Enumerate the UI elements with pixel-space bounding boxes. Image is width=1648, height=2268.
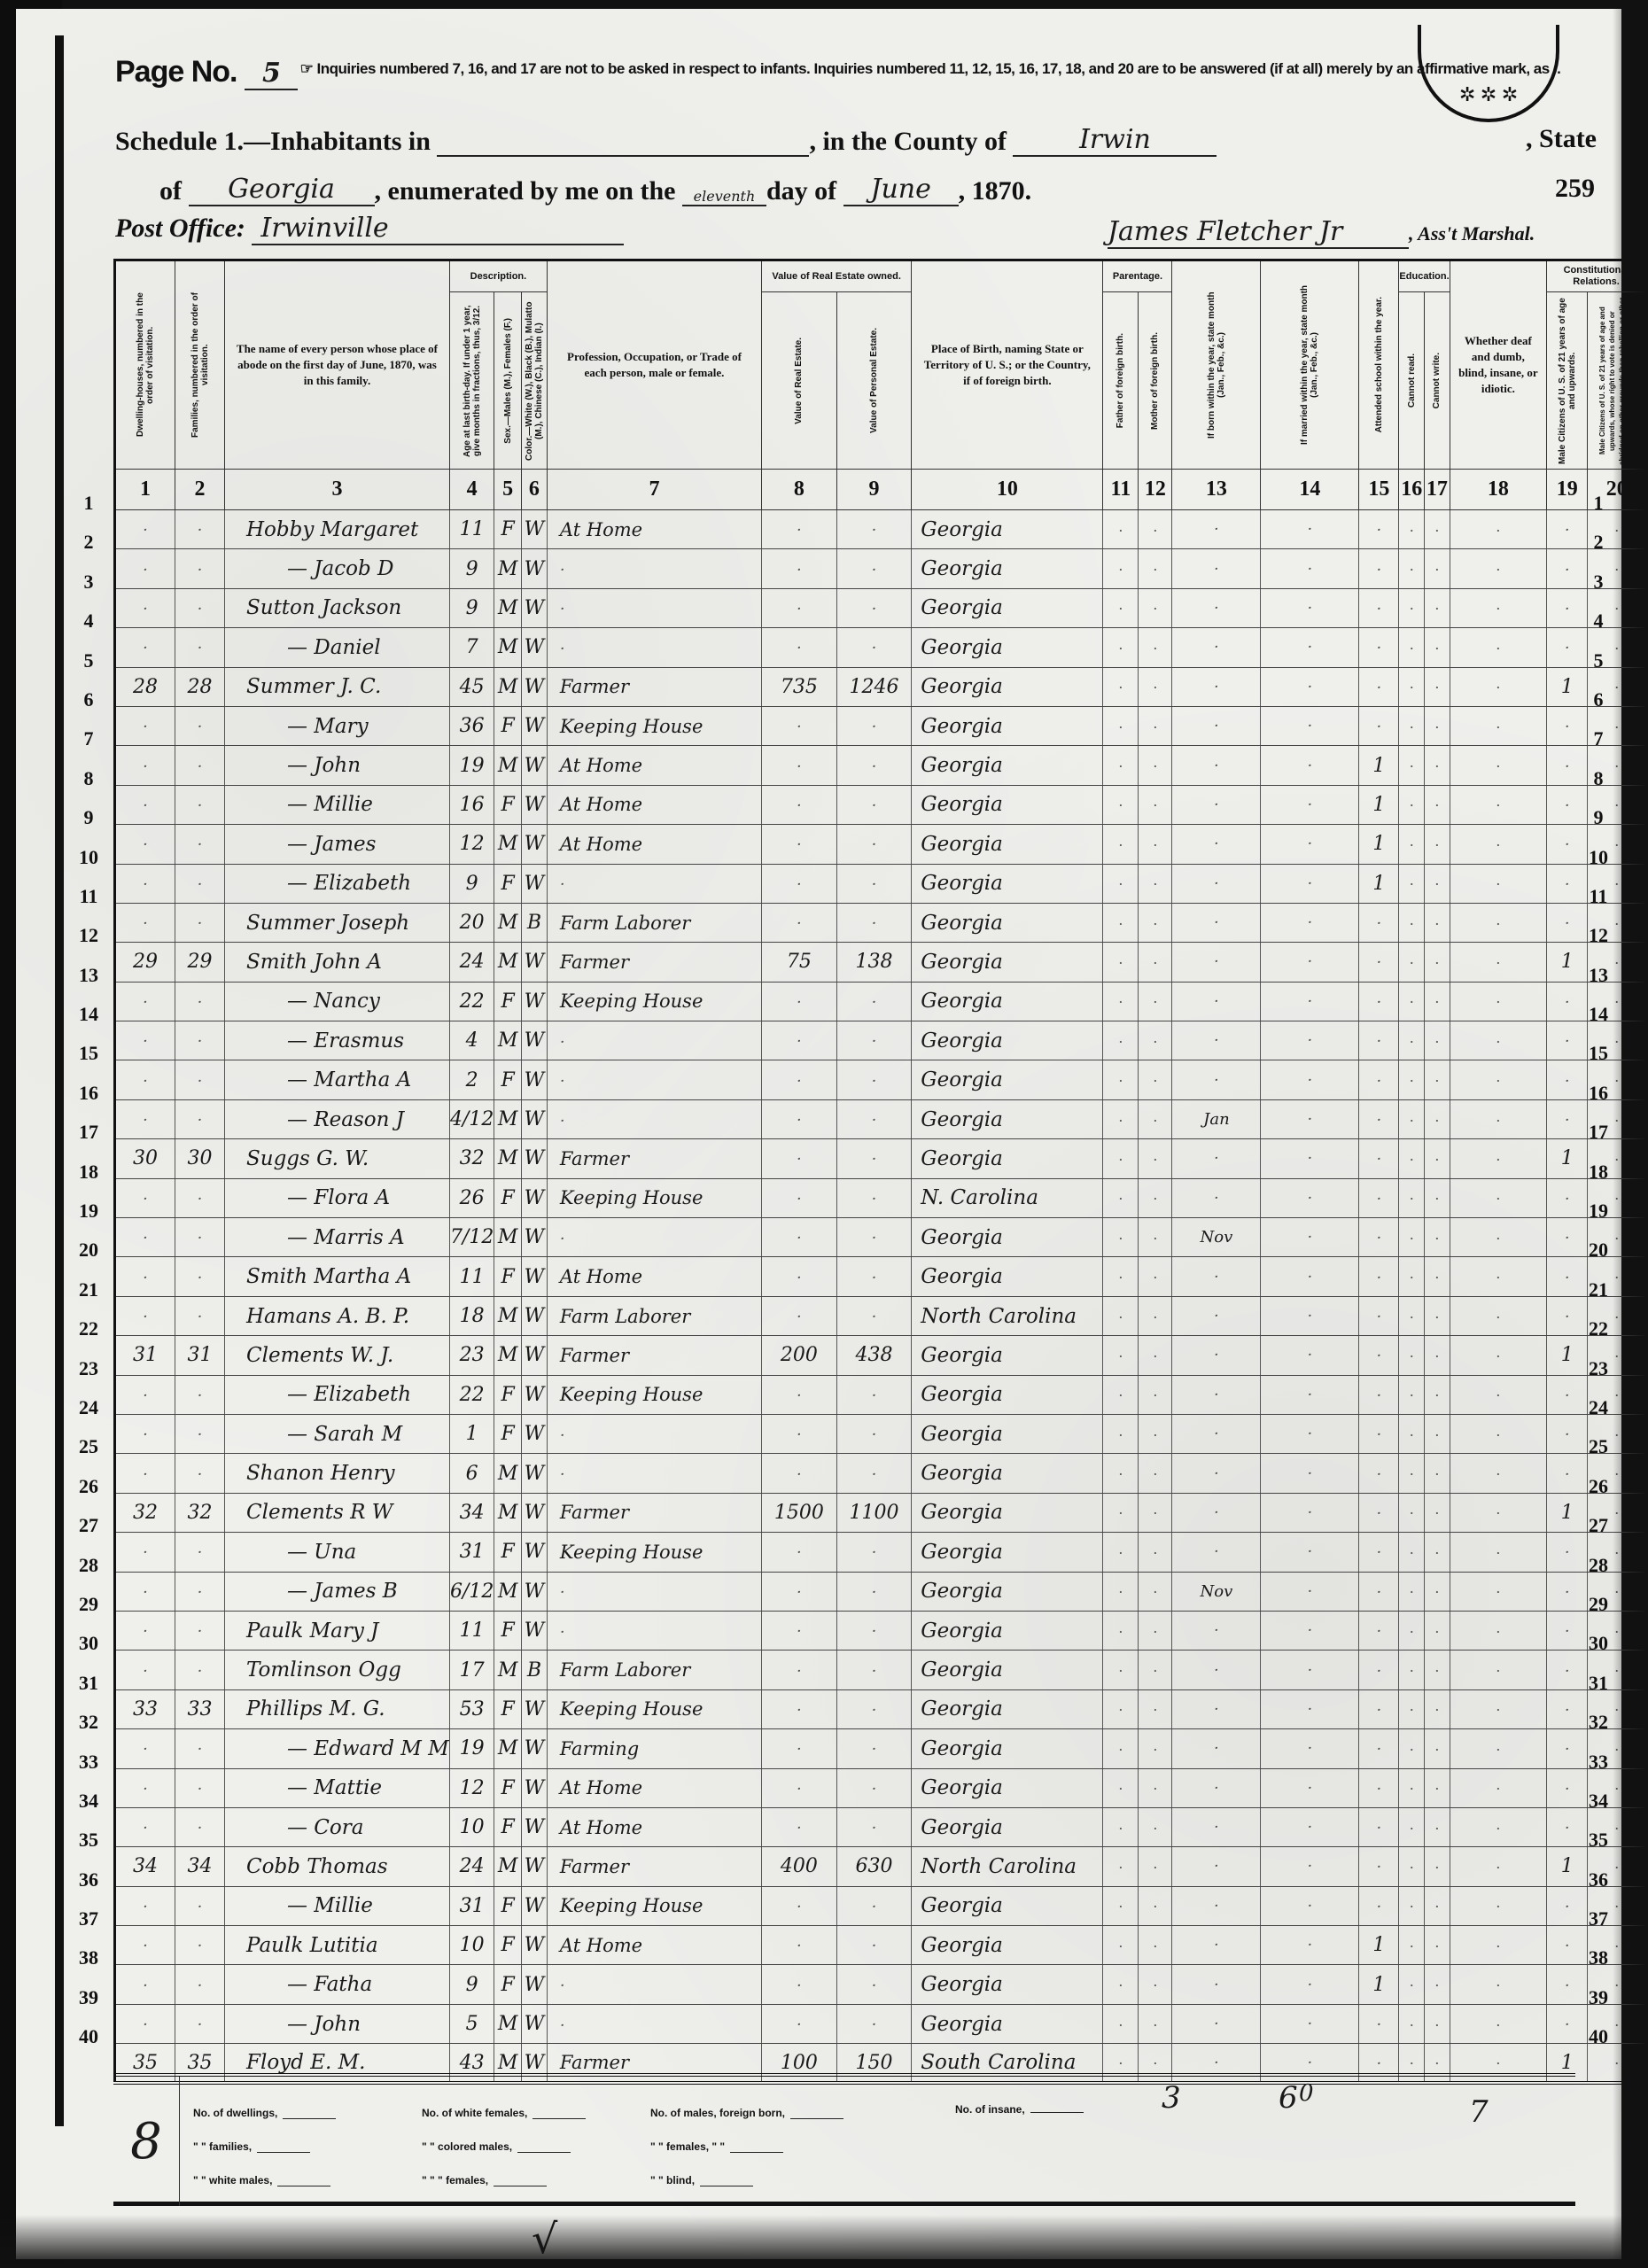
cannot-write: · [1425, 1178, 1450, 1217]
cannot-read: · [1399, 982, 1425, 1021]
color: W [521, 1493, 547, 1532]
attended-school: · [1359, 1375, 1399, 1414]
attended-school: · [1359, 1454, 1399, 1493]
father-foreign: · [1103, 1689, 1139, 1728]
person-name: — Daniel [225, 628, 450, 667]
cannot-read: · [1399, 1375, 1425, 1414]
disability: · [1450, 1218, 1546, 1257]
color: W [521, 1296, 547, 1335]
disability: · [1450, 746, 1546, 785]
sex: M [494, 1454, 522, 1493]
footer-tally-col13: 3 [1162, 2080, 1181, 2116]
table-row: ··— Nancy22FWKeeping House··Georgia·····… [115, 982, 1647, 1021]
column-number: 8 [762, 470, 837, 510]
person-name: Summer J. C. [225, 667, 450, 706]
line-number: 11 [71, 877, 106, 916]
sex: M [494, 549, 522, 588]
real-estate-value: · [762, 1257, 837, 1296]
table-row: ··Tomlinson Ogg17MBFarm Laborer··Georgia… [115, 1651, 1647, 1689]
column-number: 4 [449, 470, 494, 510]
birthplace: Georgia [912, 1651, 1103, 1689]
family-number: · [175, 1454, 225, 1493]
month-field: June [843, 174, 959, 206]
left-binding-rule [55, 35, 64, 2126]
person-name: Clements R W [225, 1493, 450, 1532]
attended-school: · [1359, 943, 1399, 982]
person-name: Cobb Thomas [225, 1847, 450, 1886]
real-estate-value: · [762, 785, 837, 824]
mother-foreign: · [1139, 1807, 1172, 1846]
occupation: Keeping House [547, 706, 761, 745]
table-row: ··— Millie31FWKeeping House··Georgia····… [115, 1886, 1647, 1925]
line-number: 32 [1581, 1703, 1616, 1742]
personal-estate-value: 138 [836, 943, 912, 982]
color: W [521, 667, 547, 706]
occupation: Farmer [547, 1336, 761, 1375]
table-row: ··Smith Martha A11FWAt Home··Georgia····… [115, 1257, 1647, 1296]
father-foreign: · [1103, 1375, 1139, 1414]
line-number: 39 [1581, 1978, 1616, 2017]
cannot-write: · [1425, 1257, 1450, 1296]
age: 11 [449, 510, 494, 549]
value-group-header: Value of Real Estate owned. [762, 260, 912, 292]
county-label: , in the County of [809, 127, 1007, 156]
line-number: 19 [71, 1192, 106, 1231]
birthplace: Georgia [912, 1099, 1103, 1138]
person-name: Shanon Henry [225, 1454, 450, 1493]
dwelling-number: · [115, 1218, 175, 1257]
attended-school: · [1359, 1414, 1399, 1453]
family-number: · [175, 864, 225, 903]
cannot-write: · [1425, 1414, 1450, 1453]
family-number: · [175, 1414, 225, 1453]
person-name: — Elizabeth [225, 1375, 450, 1414]
line-number: 9 [1581, 798, 1616, 837]
cannot-read: · [1399, 1493, 1425, 1532]
cannot-read: · [1399, 1807, 1425, 1846]
color: W [521, 1021, 547, 1060]
mother-foreign: · [1139, 982, 1172, 1021]
line-number: 31 [1581, 1664, 1616, 1703]
cannot-read: · [1399, 1218, 1425, 1257]
sex: F [494, 1257, 522, 1296]
dwelling-number: · [115, 1375, 175, 1414]
col19-header: Male Citizens of U. S. of 21 years of ag… [1547, 292, 1588, 470]
dwelling-number: · [115, 785, 175, 824]
attended-school: · [1359, 1611, 1399, 1650]
married-month: · [1261, 1768, 1359, 1807]
personal-estate-value: · [836, 1689, 912, 1728]
cannot-read: · [1399, 628, 1425, 667]
disability: · [1450, 1178, 1546, 1217]
disability: · [1450, 1965, 1546, 2004]
age: 5 [449, 2004, 494, 2043]
father-foreign: · [1103, 1178, 1139, 1217]
father-foreign: · [1103, 1493, 1139, 1532]
line-number: 7 [1581, 719, 1616, 758]
age: 23 [449, 1336, 494, 1375]
sex: M [494, 1021, 522, 1060]
age: 9 [449, 549, 494, 588]
mother-foreign: · [1139, 1689, 1172, 1728]
age: 16 [449, 785, 494, 824]
summary-field: No. of white females, [422, 2107, 643, 2119]
attended-school: · [1359, 1257, 1399, 1296]
age: 10 [449, 1807, 494, 1846]
family-number: · [175, 1060, 225, 1099]
attended-school: 1 [1359, 825, 1399, 864]
color: W [521, 1375, 547, 1414]
disability: · [1450, 510, 1546, 549]
married-month: · [1261, 1533, 1359, 1572]
disability: · [1450, 1807, 1546, 1846]
family-number: · [175, 1099, 225, 1138]
attended-school: · [1359, 1886, 1399, 1925]
attended-school: · [1359, 549, 1399, 588]
person-name: Smith John A [225, 943, 450, 982]
mother-foreign: · [1139, 1611, 1172, 1650]
married-month: · [1261, 1651, 1359, 1689]
dwelling-number: · [115, 825, 175, 864]
born-month: · [1172, 2004, 1261, 2043]
mother-foreign: · [1139, 667, 1172, 706]
line-number: 36 [71, 1860, 106, 1899]
cannot-read: · [1399, 1651, 1425, 1689]
disability: · [1450, 1060, 1546, 1099]
insane-label: No. of insane, [955, 2103, 1025, 2116]
father-foreign: · [1103, 1296, 1139, 1335]
color: B [521, 1651, 547, 1689]
dwelling-number: 28 [115, 667, 175, 706]
cannot-write: · [1425, 510, 1450, 549]
occupation: Keeping House [547, 1689, 761, 1728]
cannot-write: · [1425, 2004, 1450, 2043]
col13-header: If born within the year, state month (Ja… [1172, 260, 1261, 470]
cannot-write: · [1425, 1139, 1450, 1178]
line-number: 38 [71, 1938, 106, 1977]
occupation: Keeping House [547, 1886, 761, 1925]
line-number: 24 [1581, 1388, 1616, 1427]
cannot-write: · [1425, 628, 1450, 667]
born-month: · [1172, 1847, 1261, 1886]
cannot-write: · [1425, 1729, 1450, 1768]
real-estate-value: · [762, 549, 837, 588]
table-row: ··— Erasmus4MW···Georgia·········· [115, 1021, 1647, 1060]
age: 1 [449, 1414, 494, 1453]
birthplace: North Carolina [912, 1847, 1103, 1886]
married-month: · [1261, 588, 1359, 627]
birthplace: Georgia [912, 825, 1103, 864]
sex: M [494, 588, 522, 627]
born-month: · [1172, 706, 1261, 745]
table-row: 3131Clements W. J.23MWFarmer200438Georgi… [115, 1336, 1647, 1375]
family-number: · [175, 1572, 225, 1611]
real-estate-value: · [762, 1099, 837, 1138]
dwelling-number: · [115, 1886, 175, 1925]
inquiries-note: ☞ Inquiries numbered 7, 16, and 17 are n… [292, 60, 1568, 78]
personal-estate-value: 438 [836, 1336, 912, 1375]
summary-label: " " white males, [193, 2174, 272, 2186]
birthplace: Georgia [912, 1021, 1103, 1060]
disability: · [1450, 1886, 1546, 1925]
summary-field: " " blind, [650, 2174, 872, 2186]
born-month: · [1172, 1729, 1261, 1768]
personal-estate-value: · [836, 1729, 912, 1768]
mother-foreign: · [1139, 1099, 1172, 1138]
age: 24 [449, 1847, 494, 1886]
color: W [521, 864, 547, 903]
sex: M [494, 1572, 522, 1611]
real-estate-value: 200 [762, 1336, 837, 1375]
birthplace: Georgia [912, 746, 1103, 785]
married-month: · [1261, 1099, 1359, 1138]
disability: · [1450, 1296, 1546, 1335]
line-number: 34 [1581, 1782, 1616, 1821]
stamped-page-number: 259 [1555, 174, 1595, 204]
family-number: · [175, 1257, 225, 1296]
real-estate-value: · [762, 1021, 837, 1060]
disability: · [1450, 549, 1546, 588]
married-month: · [1261, 1139, 1359, 1178]
line-number: 23 [1581, 1349, 1616, 1388]
dwelling-number: · [115, 2004, 175, 2043]
born-month: · [1172, 1651, 1261, 1689]
person-name: — Millie [225, 1886, 450, 1925]
occupation: Farmer [547, 1493, 761, 1532]
personal-estate-value: · [836, 1099, 912, 1138]
sex: M [494, 1218, 522, 1257]
color: W [521, 1178, 547, 1217]
occupation: · [547, 549, 761, 588]
line-number: 11 [1581, 877, 1616, 916]
cannot-write: · [1425, 1533, 1450, 1572]
personal-estate-value: 1246 [836, 667, 912, 706]
father-foreign: · [1103, 1611, 1139, 1650]
birthplace: Georgia [912, 1139, 1103, 1178]
personal-estate-value: · [836, 825, 912, 864]
father-foreign: · [1103, 1099, 1139, 1138]
column-number: 5 [494, 470, 522, 510]
col10-header: Place of Birth, naming State or Territor… [912, 260, 1103, 470]
real-estate-value: · [762, 510, 837, 549]
married-month: · [1261, 1218, 1359, 1257]
person-name: — Sarah M [225, 1414, 450, 1453]
occupation: At Home [547, 825, 761, 864]
disability: · [1450, 1729, 1546, 1768]
occupation: · [547, 864, 761, 903]
family-number: 29 [175, 943, 225, 982]
attended-school: · [1359, 1139, 1399, 1178]
mother-foreign: · [1139, 825, 1172, 864]
dwelling-number: · [115, 1729, 175, 1768]
married-month: · [1261, 1021, 1359, 1060]
birthplace: Georgia [912, 1257, 1103, 1296]
line-number: 40 [71, 2017, 106, 2056]
family-number: · [175, 903, 225, 942]
sex: M [494, 825, 522, 864]
born-month: · [1172, 785, 1261, 824]
color: W [521, 1533, 547, 1572]
cannot-read: · [1399, 510, 1425, 549]
real-estate-value: · [762, 1886, 837, 1925]
personal-estate-value: · [836, 1965, 912, 2004]
real-estate-value: · [762, 1965, 837, 2004]
day-of-label: day of [766, 176, 836, 206]
attended-school: · [1359, 2004, 1399, 2043]
real-estate-value: · [762, 628, 837, 667]
father-foreign: · [1103, 1257, 1139, 1296]
father-foreign: · [1103, 1847, 1139, 1886]
real-estate-value: · [762, 706, 837, 745]
father-foreign: · [1103, 1454, 1139, 1493]
sex: M [494, 1296, 522, 1335]
real-estate-value: · [762, 1611, 837, 1650]
real-estate-value: · [762, 1414, 837, 1453]
dwelling-number: · [115, 1651, 175, 1689]
line-number: 17 [71, 1113, 106, 1152]
attended-school: · [1359, 706, 1399, 745]
cannot-write: · [1425, 588, 1450, 627]
person-name: — Elizabeth [225, 864, 450, 903]
born-month: · [1172, 1965, 1261, 2004]
personal-estate-value: · [836, 1218, 912, 1257]
born-month: · [1172, 746, 1261, 785]
mother-foreign: · [1139, 706, 1172, 745]
born-month: · [1172, 1611, 1261, 1650]
color: W [521, 1965, 547, 2004]
personal-estate-value: · [836, 1296, 912, 1335]
occupation: · [547, 2004, 761, 2043]
age: 20 [449, 903, 494, 942]
family-number: · [175, 1296, 225, 1335]
table-row: ··Hamans A. B. P.18MWFarm Laborer··North… [115, 1296, 1647, 1335]
marshal-signature: James Fletcher Jr [1108, 216, 1409, 249]
dwelling-number: 31 [115, 1336, 175, 1375]
line-number: 9 [71, 798, 106, 837]
table-row: ··— John5MW···Georgia·········· [115, 2004, 1647, 2043]
dwelling-number: 32 [115, 1493, 175, 1532]
father-foreign: · [1103, 1651, 1139, 1689]
sex: F [494, 785, 522, 824]
born-month: · [1172, 1768, 1261, 1807]
col16-header: Cannot read. [1399, 292, 1425, 470]
occupation: Farmer [547, 667, 761, 706]
cannot-write: · [1425, 1218, 1450, 1257]
county-field: Irwin [1013, 124, 1217, 157]
sex: F [494, 1060, 522, 1099]
enumerated-label: , enumerated by me on the [375, 176, 676, 206]
scan-bottom-shade [0, 2215, 1648, 2268]
line-number: 35 [1581, 1821, 1616, 1860]
mother-foreign: · [1139, 1493, 1172, 1532]
occupation: Keeping House [547, 1178, 761, 1217]
attended-school: 1 [1359, 1926, 1399, 1965]
sex: M [494, 1336, 522, 1375]
table-row: ··— Mary36FWKeeping House··Georgia······… [115, 706, 1647, 745]
dwelling-number: · [115, 1965, 175, 2004]
mother-foreign: · [1139, 588, 1172, 627]
cannot-write: · [1425, 1807, 1450, 1846]
occupation: At Home [547, 1926, 761, 1965]
birthplace: North Carolina [912, 1296, 1103, 1335]
line-number: 32 [71, 1703, 106, 1742]
family-number: · [175, 588, 225, 627]
cannot-read: · [1399, 706, 1425, 745]
family-number: 33 [175, 1689, 225, 1728]
mother-foreign: · [1139, 903, 1172, 942]
dwelling-number: · [115, 864, 175, 903]
personal-estate-value: 630 [836, 1847, 912, 1886]
disability: · [1450, 825, 1546, 864]
family-number: · [175, 628, 225, 667]
cannot-read: · [1399, 785, 1425, 824]
father-foreign: · [1103, 706, 1139, 745]
cannot-write: · [1425, 864, 1450, 903]
real-estate-value: · [762, 1454, 837, 1493]
attended-school: · [1359, 667, 1399, 706]
family-number: · [175, 825, 225, 864]
occupation: · [547, 1965, 761, 2004]
father-foreign: · [1103, 510, 1139, 549]
sex: F [494, 510, 522, 549]
born-month: · [1172, 864, 1261, 903]
disability: · [1450, 1926, 1546, 1965]
attended-school: · [1359, 510, 1399, 549]
column-number: 7 [547, 470, 761, 510]
real-estate-value: 735 [762, 667, 837, 706]
personal-estate-value: · [836, 746, 912, 785]
cannot-read: · [1399, 1178, 1425, 1217]
occupation: At Home [547, 1257, 761, 1296]
header-group-row: Dwelling-houses, numbered in the order o… [115, 260, 1647, 292]
line-number: 12 [1581, 916, 1616, 955]
line-number: 2 [71, 523, 106, 562]
age: 11 [449, 1611, 494, 1650]
line-number: 21 [1581, 1270, 1616, 1309]
dwelling-number: · [115, 549, 175, 588]
personal-estate-value: · [836, 1139, 912, 1178]
column-number: 16 [1399, 470, 1425, 510]
born-month: · [1172, 628, 1261, 667]
born-month: · [1172, 549, 1261, 588]
disability: · [1450, 1375, 1546, 1414]
dwelling-number: 34 [115, 1847, 175, 1886]
father-foreign: · [1103, 628, 1139, 667]
state-field: Georgia [189, 174, 375, 206]
sex: F [494, 1375, 522, 1414]
line-number: 27 [1581, 1506, 1616, 1545]
page-no-label: Page No. [115, 55, 237, 89]
person-name: — John [225, 2004, 450, 2043]
disability: · [1450, 667, 1546, 706]
line-number: 40 [1581, 2017, 1616, 2056]
attended-school: · [1359, 1060, 1399, 1099]
married-month: · [1261, 1572, 1359, 1611]
married-month: · [1261, 1257, 1359, 1296]
occupation: · [547, 1611, 761, 1650]
color: W [521, 1689, 547, 1728]
line-number: 33 [1581, 1743, 1616, 1782]
mother-foreign: · [1139, 1651, 1172, 1689]
sex: F [494, 1926, 522, 1965]
mother-foreign: · [1139, 628, 1172, 667]
table-row: ··— James12MWAt Home··Georgia····1····· [115, 825, 1647, 864]
person-name: Phillips M. G. [225, 1689, 450, 1728]
person-name: — Flora A [225, 1178, 450, 1217]
line-number: 26 [71, 1467, 106, 1506]
real-estate-value: · [762, 1689, 837, 1728]
family-number: · [175, 1768, 225, 1807]
